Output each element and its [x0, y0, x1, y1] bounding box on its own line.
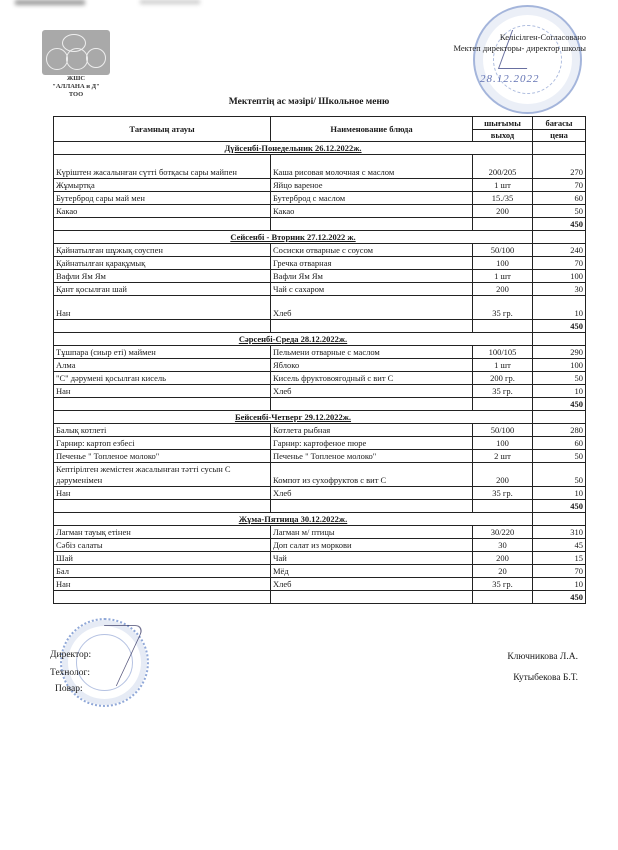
table-row: Гарнир: картоп езбесіГарнир: картофеное …	[54, 437, 586, 450]
dish-name-ru: Котлета рыбная	[271, 424, 473, 437]
table-row: НанХлеб35 гр.10	[54, 296, 586, 320]
dish-price: 10	[533, 578, 586, 591]
dish-yield: 200	[473, 552, 533, 565]
table-row: Тұшпара (сиыр еті) майменПельмени отварн…	[54, 346, 586, 359]
dish-yield: 200	[473, 205, 533, 218]
approval-line-1: Келісілген-Согласовано	[453, 32, 586, 43]
empty-cell	[271, 591, 473, 604]
day-header-row: Бейсенбі-Четверг 29.12.2022ж.	[54, 411, 586, 424]
dish-name-kz: Жұмыртқа	[54, 179, 271, 192]
day-cell: Сәрсенбі-Среда 28.12.2022ж.	[54, 333, 533, 346]
empty-cell	[54, 218, 271, 231]
day-label: Дүйсенбі-Понедельник 26.12.2022ж.	[224, 143, 361, 153]
table-row: Сәбіз салатыДоп салат из моркови3045	[54, 539, 586, 552]
dish-yield: 100/105	[473, 346, 533, 359]
scan-artifact	[15, 0, 85, 5]
day-cell: Бейсенбі-Четверг 29.12.2022ж.	[54, 411, 533, 424]
empty-cell	[271, 320, 473, 333]
dish-yield: 15./35	[473, 192, 533, 205]
dish-name-ru: Хлеб	[271, 578, 473, 591]
dish-name-kz: Алма	[54, 359, 271, 372]
dish-name-ru: Печенье " Топленое молоко"	[271, 450, 473, 463]
day-total: 450	[533, 320, 586, 333]
dish-name-ru: Чай	[271, 552, 473, 565]
table-row: ШайЧай20015	[54, 552, 586, 565]
table-row: НанХлеб35 гр.10	[54, 487, 586, 500]
dish-price: 280	[533, 424, 586, 437]
table-row: КакаоКакао20050	[54, 205, 586, 218]
dish-name-ru: Каша рисовая молочная с маслом	[271, 155, 473, 179]
column-header-price-kz: бағасы	[533, 117, 586, 130]
director-name: Ключникова Л.А.	[507, 652, 578, 662]
dish-price: 310	[533, 526, 586, 539]
day-label: Сейсенбі - Вторник 27.12.2022 ж.	[230, 232, 355, 242]
dish-yield: 30/220	[473, 526, 533, 539]
table-row: НанХлеб35 гр.10	[54, 385, 586, 398]
logo-line: ЖШС	[36, 75, 116, 83]
table-row: АлмаЯблоко1 шт100	[54, 359, 586, 372]
dish-name-ru: Гарнир: картофеное пюре	[271, 437, 473, 450]
dish-price: 10	[533, 487, 586, 500]
empty-cell	[271, 398, 473, 411]
dish-yield: 100	[473, 437, 533, 450]
empty-cell	[271, 218, 473, 231]
dish-name-kz: Печенье " Топленое молоко"	[54, 450, 271, 463]
dish-price: 70	[533, 257, 586, 270]
dish-name-kz: Бутерброд сары май мен	[54, 192, 271, 205]
empty-cell	[473, 218, 533, 231]
column-header-name-kz: Тағамның атауы	[54, 117, 271, 142]
empty-cell	[473, 500, 533, 513]
day-total-row: 450	[54, 500, 586, 513]
dish-price: 50	[533, 205, 586, 218]
dish-price: 60	[533, 437, 586, 450]
table-row: Печенье " Топленое молоко"Печенье " Топл…	[54, 450, 586, 463]
dish-yield: 1 шт	[473, 270, 533, 283]
dish-name-kz: Нан	[54, 296, 271, 320]
empty-cell	[533, 231, 586, 244]
dish-yield: 30	[473, 539, 533, 552]
dish-name-ru: Сосиски отварные с соусом	[271, 244, 473, 257]
dish-name-kz: Сәбіз салаты	[54, 539, 271, 552]
dish-name-kz: Тұшпара (сиыр еті) маймен	[54, 346, 271, 359]
dish-name-ru: Чай с сахаром	[271, 283, 473, 296]
dish-name-ru: Компот из сухофруктов с вит С	[271, 463, 473, 487]
dish-price: 70	[533, 179, 586, 192]
empty-cell	[533, 411, 586, 424]
day-header-row: Жұма-Пятница 30.12.2022ж.	[54, 513, 586, 526]
table-row: Вафли Ям ЯмВафли Ям Ям1 шт100	[54, 270, 586, 283]
dish-yield: 200/205	[473, 155, 533, 179]
column-header-yield-ru: выход	[473, 130, 533, 142]
dish-name-kz: Бал	[54, 565, 271, 578]
empty-cell	[54, 500, 271, 513]
dish-name-kz: Қант қосылған шай	[54, 283, 271, 296]
dish-yield: 200	[473, 463, 533, 487]
dish-yield: 200	[473, 283, 533, 296]
table-row: НанХлеб35 гр.10	[54, 578, 586, 591]
empty-cell	[533, 513, 586, 526]
table-row: Балық котлетіКотлета рыбная50/100280	[54, 424, 586, 437]
cook-label: Повар:	[55, 684, 83, 695]
day-total-row: 450	[54, 398, 586, 411]
dish-price: 45	[533, 539, 586, 552]
day-header-row: Дүйсенбі-Понедельник 26.12.2022ж.	[54, 142, 586, 155]
dish-yield: 100	[473, 257, 533, 270]
empty-cell	[473, 591, 533, 604]
dish-name-ru: Доп салат из моркови	[271, 539, 473, 552]
dish-name-ru: Кисель фруктовоягодный с вит С	[271, 372, 473, 385]
dish-name-ru: Хлеб	[271, 296, 473, 320]
day-cell: Жұма-Пятница 30.12.2022ж.	[54, 513, 533, 526]
dish-name-kz: Лагман тауық етінен	[54, 526, 271, 539]
dish-name-kz: Нан	[54, 487, 271, 500]
day-label: Сәрсенбі-Среда 28.12.2022ж.	[239, 334, 347, 344]
dish-name-kz: Вафли Ям Ям	[54, 270, 271, 283]
empty-cell	[54, 591, 271, 604]
day-total-row: 450	[54, 591, 586, 604]
dish-yield: 50/100	[473, 424, 533, 437]
day-total-row: 450	[54, 320, 586, 333]
dish-price: 50	[533, 372, 586, 385]
dish-name-kz: Какао	[54, 205, 271, 218]
logo-line: "АЛЛАНА и Д"	[36, 83, 116, 91]
approval-line-2: Мектеп директоры- директор школы	[453, 43, 586, 54]
day-total: 450	[533, 591, 586, 604]
dish-yield: 35 гр.	[473, 385, 533, 398]
menu-body: Дүйсенбі-Понедельник 26.12.2022ж.Күріште…	[54, 142, 586, 604]
technologist-name: Кутыбекова Б.Т.	[513, 673, 578, 683]
table-row: Күріштен жасалынған сүтті ботқасы сары м…	[54, 155, 586, 179]
day-total: 450	[533, 398, 586, 411]
column-header-yield-kz: шығымы	[473, 117, 533, 130]
dish-name-ru: Хлеб	[271, 487, 473, 500]
dish-name-kz: Гарнир: картоп езбесі	[54, 437, 271, 450]
dish-yield: 1 шт	[473, 179, 533, 192]
dish-yield: 20	[473, 565, 533, 578]
dish-name-ru: Бутерброд с маслом	[271, 192, 473, 205]
dish-price: 240	[533, 244, 586, 257]
day-label: Жұма-Пятница 30.12.2022ж.	[239, 514, 347, 524]
dish-name-ru: Яблоко	[271, 359, 473, 372]
dish-yield: 35 гр.	[473, 487, 533, 500]
empty-cell	[271, 500, 473, 513]
dish-name-ru: Мёд	[271, 565, 473, 578]
dish-name-ru: Яйцо вареное	[271, 179, 473, 192]
table-row: Бутерброд сары май менБутерброд с маслом…	[54, 192, 586, 205]
dish-price: 50	[533, 450, 586, 463]
empty-cell	[533, 142, 586, 155]
day-header-row: Сәрсенбі-Среда 28.12.2022ж.	[54, 333, 586, 346]
approval-date: 28.12.2022	[480, 73, 540, 85]
dish-name-kz: Балық котлеті	[54, 424, 271, 437]
day-label: Бейсенбі-Четверг 29.12.2022ж.	[235, 412, 351, 422]
dish-price: 100	[533, 359, 586, 372]
dish-name-kz: Күріштен жасалынған сүтті ботқасы сары м…	[54, 155, 271, 179]
dish-price: 270	[533, 155, 586, 179]
dish-name-kz: Қайнатылған қарақұмық	[54, 257, 271, 270]
dish-name-kz: Шай	[54, 552, 271, 565]
director-label: Директор:	[50, 650, 91, 661]
dish-yield: 2 шт	[473, 450, 533, 463]
dish-price: 70	[533, 565, 586, 578]
empty-cell	[54, 320, 271, 333]
dish-price: 60	[533, 192, 586, 205]
day-cell: Дүйсенбі-Понедельник 26.12.2022ж.	[54, 142, 533, 155]
company-name: ЖШС "АЛЛАНА и Д" ТОО	[36, 75, 116, 99]
day-cell: Сейсенбі - Вторник 27.12.2022 ж.	[54, 231, 533, 244]
dish-price: 10	[533, 385, 586, 398]
empty-cell	[533, 333, 586, 346]
dish-yield: 35 гр.	[473, 296, 533, 320]
table-row: Лагман тауық етіненЛагман м/ птицы30/220…	[54, 526, 586, 539]
column-header-name-ru: Наименование блюда	[271, 117, 473, 142]
dish-name-ru: Лагман м/ птицы	[271, 526, 473, 539]
dish-yield: 35 гр.	[473, 578, 533, 591]
dish-name-ru: Какао	[271, 205, 473, 218]
technologist-label: Технолог:	[50, 668, 90, 679]
dish-name-ru: Пельмени отварные с маслом	[271, 346, 473, 359]
dish-name-kz: Нан	[54, 578, 271, 591]
dish-name-kz: Нан	[54, 385, 271, 398]
day-total-row: 450	[54, 218, 586, 231]
dish-name-ru: Вафли Ям Ям	[271, 270, 473, 283]
dish-price: 100	[533, 270, 586, 283]
table-row: Қант қосылған шайЧай с сахаром20030	[54, 283, 586, 296]
dish-price: 15	[533, 552, 586, 565]
chefs-logo-icon	[42, 30, 110, 75]
scan-artifact	[140, 0, 200, 4]
menu-table: Тағамның атауы Наименование блюда шығымы…	[53, 116, 586, 604]
dish-yield: 1 шт	[473, 359, 533, 372]
day-header-row: Сейсенбі - Вторник 27.12.2022 ж.	[54, 231, 586, 244]
empty-cell	[473, 320, 533, 333]
dish-name-ru: Хлеб	[271, 385, 473, 398]
dish-yield: 50/100	[473, 244, 533, 257]
page-title: Мектептің ас мәзірі/ Школьное меню	[0, 97, 618, 107]
table-row: Кептірілген жемістен жасалынған тәтті су…	[54, 463, 586, 487]
table-row: БалМёд2070	[54, 565, 586, 578]
dish-yield: 200 гр.	[473, 372, 533, 385]
empty-cell	[473, 398, 533, 411]
day-total: 450	[533, 218, 586, 231]
column-header-price-ru: цена	[533, 130, 586, 142]
empty-cell	[54, 398, 271, 411]
dish-price: 290	[533, 346, 586, 359]
dish-name-kz: "С" дәрумені қосылған кисель	[54, 372, 271, 385]
dish-price: 30	[533, 283, 586, 296]
dish-price: 50	[533, 463, 586, 487]
table-row: Қайнатылған қарақұмықГречка отварная1007…	[54, 257, 586, 270]
dish-price: 10	[533, 296, 586, 320]
approval-block: Келісілген-Согласовано Мектеп директоры-…	[453, 32, 586, 54]
table-row: "С" дәрумені қосылған кисельКисель фрукт…	[54, 372, 586, 385]
dish-name-ru: Гречка отварная	[271, 257, 473, 270]
day-total: 450	[533, 500, 586, 513]
table-row: ЖұмыртқаЯйцо вареное1 шт70	[54, 179, 586, 192]
table-row: Қайнатылған шұжық соуспенСосиски отварны…	[54, 244, 586, 257]
dish-name-kz: Қайнатылған шұжық соуспен	[54, 244, 271, 257]
dish-name-kz: Кептірілген жемістен жасалынған тәтті су…	[54, 463, 271, 487]
